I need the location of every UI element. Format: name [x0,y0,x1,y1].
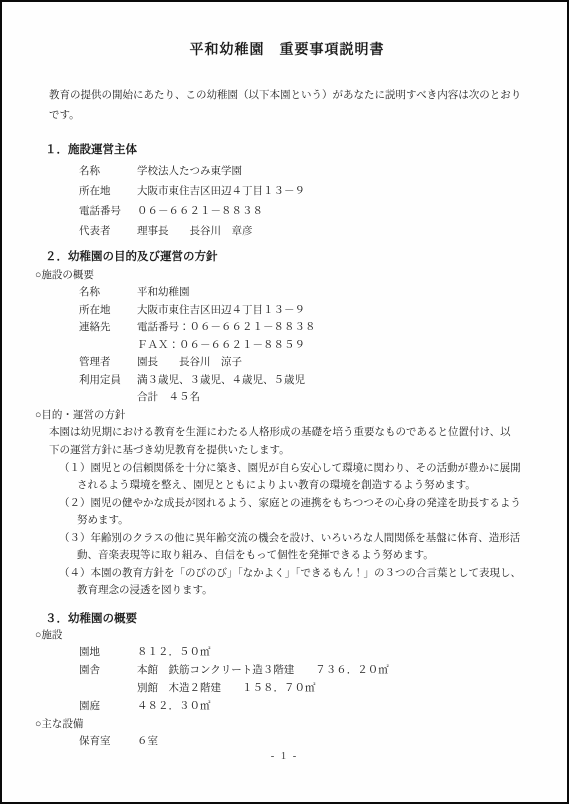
table-row: 利用定員 満３歳児、３歳児、４歳児、５歳児 [79,372,539,390]
row-label: 園舎 [79,662,137,680]
policy-line: 教育理念の浸透を図ります。 [77,582,539,600]
policy-subheading: ○目的・運営の方針 [35,407,539,424]
row-value: ＦＡＸ：０６－６６２１－８８５９ [137,337,305,355]
row-value: 理事長 長谷川 章彦 [137,222,253,242]
row-label: 連絡先 [79,319,137,337]
section1-heading: １．施設運営主体 [45,143,539,158]
row-value: ０６－６６２１－８８３８ [137,202,263,222]
row-value: 園長 長谷川 涼子 [137,354,242,372]
list-item: （１）園児との信頼関係を十分に築き、園児が自ら安心して環境に関わり、その活動が豊… [35,460,539,495]
section3-heading: ３．幼稚園の概要 [45,612,539,627]
table-row: 電話番号 ０６－６６２１－８８３８ [79,202,539,222]
intro-paragraph: 教育の提供の開始にあたり、この幼稚園（以下本園という）があなたに説明すべき内容は… [49,86,539,126]
row-label: 所在地 [79,182,137,202]
table-row: 管理者 園長 長谷川 涼子 [79,354,539,372]
row-value: ８１２．５０㎡ [137,644,211,662]
table-row: 所在地 大阪市東住吉区田辺４丁目１３－９ [79,182,539,202]
table-row: 代表者 理事長 長谷川 章彦 [79,222,539,242]
table-row: ＦＡＸ：０６－６６２１－８８５９ [79,337,539,355]
row-value: 大阪市東住吉区田辺４丁目１３－９ [137,302,305,320]
policy-line: 努めます。 [77,512,539,530]
policy-intro-paragraph: 本園は幼児期における教育を生涯にわたる人格形成の基礎を培う重要なものであると位置… [49,424,539,460]
policy-line: されるよう環境を整え、園児とともによりよい教育の環境を創造するよう努めます。 [77,477,539,495]
section1-rows: 名称 学校法人たつみ東学園 所在地 大阪市東住吉区田辺４丁目１３－９ 電話番号 … [35,162,539,242]
row-value: ４８２．３０㎡ [137,698,211,716]
equipment-subheading: ○主な設備 [35,716,539,733]
row-value: 満３歳児、３歳児、４歳児、５歳児 [137,372,305,390]
section-facility-operator: １．施設運営主体 名称 学校法人たつみ東学園 所在地 大阪市東住吉区田辺４丁目１… [35,143,539,242]
overview-subheading: ○施設の概要 [35,267,539,284]
facility-rows: 園地 ８１２．５０㎡ 園舎 本館 鉄筋コンクリート造３階建 ７３６．２０㎡ 別館… [35,644,539,716]
equipment-rows: 保育室 ６室 [35,733,539,751]
row-value: ６室 [137,733,158,751]
row-value: 合計 ４５名 [137,389,200,407]
row-label [79,337,137,355]
row-label [79,389,137,407]
section2-heading: ２．幼稚園の目的及び運営の方針 [45,250,539,265]
row-label: 保育室 [79,733,137,751]
row-value: 大阪市東住吉区田辺４丁目１３－９ [137,182,305,202]
policy-line: （３）年齢別のクラスの他に異年齢交流の機会を設け、いろいろな人間関係を基盤に体育… [59,530,539,548]
row-label: 電話番号 [79,202,137,222]
row-label: 管理者 [79,354,137,372]
section-kindergarten-overview: ３．幼稚園の概要 ○施設 園地 ８１２．５０㎡ 園舎 本館 鉄筋コンクリート造３… [35,612,539,751]
row-label: 利用定員 [79,372,137,390]
policy-line: （２）園児の健やかな成長が図れるよう、家庭との連携をもちつつその心身の発達を助長… [59,495,539,513]
table-row: 名称 学校法人たつみ東学園 [79,162,539,182]
list-item: （２）園児の健やかな成長が図れるよう、家庭との連携をもちつつその心身の発達を助長… [35,495,539,530]
table-row: 別館 木造２階建 １５８．７０㎡ [79,680,539,698]
list-item: （３）年齢別のクラスの他に異年齢交流の機会を設け、いろいろな人間関係を基盤に体育… [35,530,539,565]
table-row: 園地 ８１２．５０㎡ [79,644,539,662]
policy-intro-line: 下の運営方針に基づき幼児教育を提供いたします。 [49,442,539,460]
table-row: 園舎 本館 鉄筋コンクリート造３階建 ７３６．２０㎡ [79,662,539,680]
table-row: 合計 ４５名 [79,389,539,407]
row-label: 園庭 [79,698,137,716]
document-page: 平和幼稚園 重要事項説明書 教育の提供の開始にあたり、この幼稚園（以下本園という… [0,0,569,804]
section-purpose-policy: ２．幼稚園の目的及び運営の方針 ○施設の概要 名称 平和幼稚園 所在地 大阪市東… [35,250,539,600]
policy-list: （１）園児との信頼関係を十分に築き、園児が自ら安心して環境に関わり、その活動が豊… [35,460,539,600]
table-row: 所在地 大阪市東住吉区田辺４丁目１３－９ [79,302,539,320]
row-label: 園地 [79,644,137,662]
row-label: 所在地 [79,302,137,320]
table-row: 連絡先 電話番号：０６－６６２１－８８３８ [79,319,539,337]
document-title: 平和幼稚園 重要事項説明書 [35,38,539,60]
policy-intro-line: 本園は幼児期における教育を生涯にわたる人格形成の基礎を培う重要なものであると位置… [49,424,539,442]
table-row: 園庭 ４８２．３０㎡ [79,698,539,716]
table-row: 名称 平和幼稚園 [79,284,539,302]
row-value: 別館 木造２階建 １５８．７０㎡ [137,680,316,698]
row-value: 学校法人たつみ東学園 [137,162,242,182]
row-label [79,680,137,698]
policy-line: （１）園児との信頼関係を十分に築き、園児が自ら安心して環境に関わり、その活動が豊… [59,460,539,478]
section2-rows: 名称 平和幼稚園 所在地 大阪市東住吉区田辺４丁目１３－９ 連絡先 電話番号：０… [35,284,539,407]
page-number: - 1 - [2,751,567,762]
intro-line: です。 [49,106,539,126]
facility-subheading: ○施設 [35,627,539,644]
policy-line: （４）本園の教育方針を「のびのび」「なかよく」「できるもん！」の３つの合言葉とし… [59,565,539,583]
table-row: 保育室 ６室 [79,733,539,751]
row-value: 平和幼稚園 [137,284,190,302]
row-label: 代表者 [79,222,137,242]
row-value: 電話番号：０６－６６２１－８８３８ [137,319,316,337]
intro-line: 教育の提供の開始にあたり、この幼稚園（以下本園という）があなたに説明すべき内容は… [49,86,539,106]
list-item: （４）本園の教育方針を「のびのび」「なかよく」「できるもん！」の３つの合言葉とし… [35,565,539,600]
row-label: 名称 [79,162,137,182]
policy-line: 動、音楽表現等に取り組み、自信をもって個性を発揮できるよう努めます。 [77,547,539,565]
row-label: 名称 [79,284,137,302]
row-value: 本館 鉄筋コンクリート造３階建 ７３６．２０㎡ [137,662,389,680]
